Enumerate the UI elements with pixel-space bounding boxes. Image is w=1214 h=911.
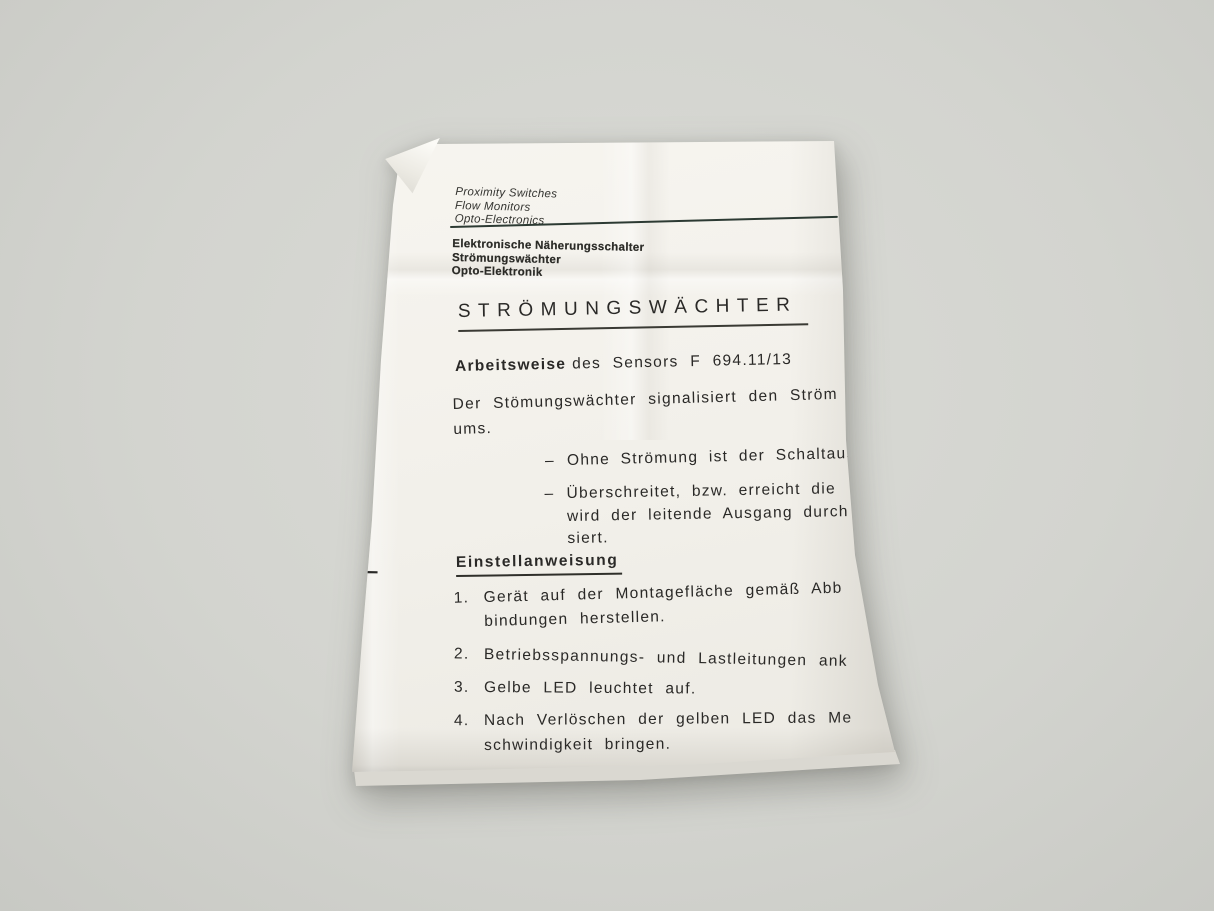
letterhead-german: Elektronische Näherungsschalter Strömung…: [452, 238, 645, 283]
step-number: 4.: [454, 708, 470, 733]
step-line: schwindigkeit bringen.: [484, 730, 853, 758]
step-number: 1.: [453, 586, 469, 610]
paper-edge-shading: [350, 150, 400, 775]
fold-mark: –: [366, 558, 379, 584]
sheet-shadow-wrap: Proximity Switches Flow Monitors Opto-El…: [0, 0, 1214, 911]
photo-background: Proximity Switches Flow Monitors Opto-El…: [0, 0, 1214, 911]
bullet-item: – Überschreitet, bzw. erreicht die wird …: [566, 478, 849, 550]
subtitle-rest: des Sensors F 694.11/13: [572, 351, 792, 373]
intro-paragraph: Der Stömungswächter signalisiert den Str…: [452, 382, 838, 442]
step-number: 3.: [454, 676, 470, 700]
step-item: 3. Gelbe LED leuchtet auf.: [484, 676, 697, 701]
step-line: Gelbe LED leuchtet auf.: [484, 676, 697, 701]
step-line: Nach Verlöschen der gelben LED das Me: [484, 705, 853, 733]
step-item: 1. Gerät auf der Montagefläche gemäß Abb…: [483, 577, 843, 633]
step-number: 2.: [454, 642, 470, 666]
step-item: 4. Nach Verlöschen der gelben LED das Me…: [484, 705, 853, 758]
section-heading: Einstellanweisung: [456, 552, 623, 577]
bullet-dash: –: [544, 483, 554, 506]
subtitle-bold: Arbeitsweise: [455, 356, 567, 375]
document-title: STRÖMUNGSWÄCHTER: [458, 294, 808, 332]
bullet-dash: –: [545, 450, 555, 473]
letterhead-english: Proximity Switches Flow Monitors Opto-El…: [455, 186, 558, 229]
subtitle: Arbeitsweisedes Sensors F 694.11/13: [455, 351, 792, 376]
